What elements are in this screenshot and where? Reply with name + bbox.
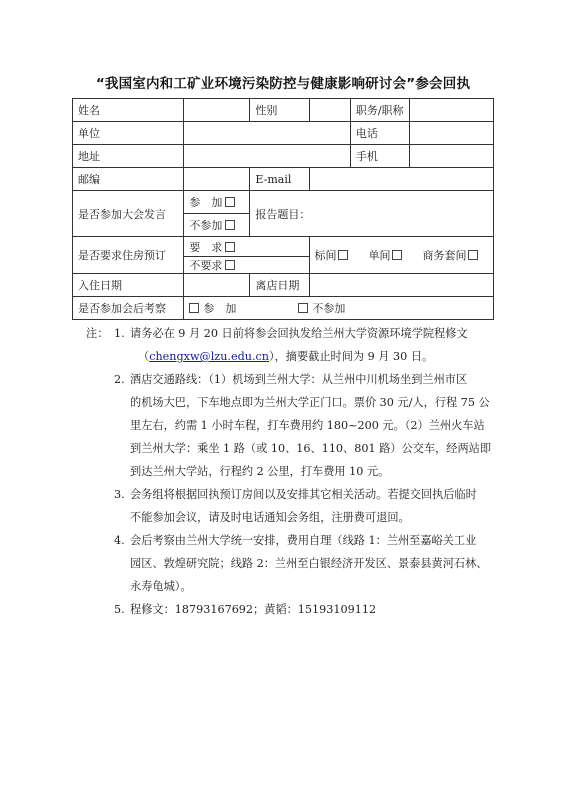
note-text: 园区、敦煌研究院；线路 2：兰州至白银经济开发区、景泰县黄河石林、 (86, 552, 506, 575)
name-label: 姓名 (73, 99, 184, 122)
speech-yes-label: 参 加 (189, 196, 222, 209)
note-text: 到兰州大学：乘坐 1 路（或 10、16、110、801 路）公交车，经两站即 (86, 437, 506, 460)
address-field[interactable] (184, 145, 350, 168)
note-text: 会后考察由兰州大学统一安排，费用自理（线路 1：兰州至嘉峪关工业 (130, 529, 506, 552)
tour-options: 参 加 不参加 (184, 297, 494, 320)
mobile-label: 手机 (350, 145, 409, 168)
note-text: 请务必在 9 月 20 日前将参会回执发给兰州大学资源环境学院程修文 (130, 322, 506, 345)
note-number: 3. (114, 483, 130, 506)
note-number: 1. (114, 322, 130, 345)
note-text: 酒店交通路线：（1）机场到兰州大学：从兰州中川机场坐到兰州市区 (130, 368, 506, 391)
room-yes-checkbox[interactable] (225, 242, 235, 252)
phone-field[interactable] (409, 122, 493, 145)
speech-yes-option[interactable]: 参 加 (184, 191, 250, 214)
speech-no-option[interactable]: 不参加 (184, 214, 250, 237)
speech-label: 是否参加大会发言 (73, 191, 184, 237)
registration-form-table: 姓名 性别 职务/职称 单位 电话 地址 手机 邮编 E-mail 是否参加大会… (72, 98, 494, 320)
postcode-label: 邮编 (73, 168, 184, 191)
name-field[interactable] (184, 99, 250, 122)
tour-no-label: 不参加 (312, 302, 345, 315)
speech-no-label: 不参加 (189, 219, 222, 232)
contact-email-link[interactable]: chengxw@lzu.edu.cn (149, 345, 269, 368)
room-yes-option[interactable]: 要 求 (184, 237, 309, 257)
checkout-field[interactable] (309, 274, 494, 297)
email-field[interactable] (309, 168, 494, 191)
position-label: 职务/职称 (350, 99, 409, 122)
note-number: 4. (114, 529, 130, 552)
room-type-cell: 标间 单间 商务套间 (309, 237, 494, 274)
note-item-2: 2. 酒店交通路线：（1）机场到兰州大学：从兰州中川机场坐到兰州市区 (86, 368, 506, 391)
mobile-field[interactable] (409, 145, 493, 168)
notes-section: 注： 1. 请务必在 9 月 20 日前将参会回执发给兰州大学资源环境学院程修文… (86, 322, 506, 621)
note-text: 会务组将根据回执预订房间以及安排其它相关活动。若提交回执后临时 (130, 483, 506, 506)
unit-field[interactable] (184, 122, 350, 145)
document-title: “我国室内和工矿业环境污染防控与健康影响研讨会”参会回执 (0, 72, 566, 92)
note-item-3: 3. 会务组将根据回执预订房间以及安排其它相关活动。若提交回执后临时 (86, 483, 506, 506)
speech-yes-checkbox[interactable] (225, 197, 235, 207)
note-text: 的机场大巴，下车地点即为兰州大学正门口。票价 30 元/人，行程 75 公 (86, 391, 506, 414)
report-title-cell[interactable]: 报告题目： (250, 191, 494, 237)
contact-phones: 程修文：18793167692；黄韬：15193109112 (130, 598, 506, 621)
note-text: 永寿龟城）。 (86, 575, 506, 598)
tour-yes-checkbox[interactable] (189, 303, 199, 313)
note-text: ），摘要截止时间为 9 月 30 日。 (269, 345, 433, 368)
phone-label: 电话 (350, 122, 409, 145)
room-yes-label: 要 求 (189, 241, 222, 254)
tour-no-checkbox[interactable] (298, 303, 308, 313)
address-label: 地址 (73, 145, 184, 168)
position-field[interactable] (409, 99, 493, 122)
note-text: （ (138, 345, 149, 368)
room-type-suite-label: 商务套间 (423, 249, 467, 262)
notes-label: 注： (86, 322, 114, 345)
gender-label: 性别 (250, 99, 309, 122)
note-text: 里左右，约需 1 小时车程，打车费用约 180~200 元。（2）兰州火车站 (86, 414, 506, 437)
checkout-label: 离店日期 (250, 274, 309, 297)
room-no-option[interactable]: 不要求 (184, 257, 309, 274)
note-number: 5. (114, 598, 130, 621)
checkin-field[interactable] (184, 274, 250, 297)
email-label: E-mail (250, 168, 309, 191)
checkin-label: 入住日期 (73, 274, 184, 297)
report-title-label: 报告题目： (255, 208, 310, 221)
room-no-label: 不要求 (189, 259, 222, 272)
postcode-field[interactable] (184, 168, 250, 191)
note-text: 不能参加会议，请及时电话通知会务组，注册费可退回。 (86, 506, 506, 529)
note-item-4: 4. 会后考察由兰州大学统一安排，费用自理（线路 1：兰州至嘉峪关工业 (86, 529, 506, 552)
unit-label: 单位 (73, 122, 184, 145)
gender-field[interactable] (309, 99, 350, 122)
note-item-1: 注： 1. 请务必在 9 月 20 日前将参会回执发给兰州大学资源环境学院程修文 (86, 322, 506, 345)
note-item-5: 5. 程修文：18793167692；黄韬：15193109112 (86, 598, 506, 621)
room-no-checkbox[interactable] (225, 260, 235, 270)
speech-no-checkbox[interactable] (225, 220, 235, 230)
note-text: 到达兰州大学站，行程约 2 公里，打车费用 10 元。 (86, 460, 506, 483)
note-number: 2. (114, 368, 130, 391)
room-type-suite-checkbox[interactable] (468, 250, 478, 260)
note-item-1-line2: （chengxw@lzu.edu.cn），摘要截止时间为 9 月 30 日。 (86, 345, 506, 368)
tour-label: 是否参加会后考察 (73, 297, 184, 320)
room-label: 是否要求住房预订 (73, 237, 184, 274)
room-type-single-checkbox[interactable] (392, 250, 402, 260)
room-type-single-label: 单间 (369, 249, 391, 262)
tour-yes-label: 参 加 (203, 302, 236, 315)
room-type-standard-checkbox[interactable] (338, 250, 348, 260)
room-type-standard-label: 标间 (315, 249, 337, 262)
